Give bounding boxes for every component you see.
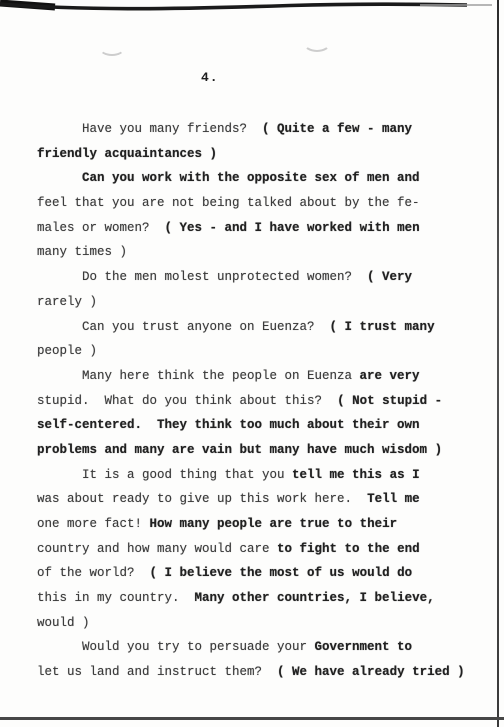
text-segment: feel that you are not being talked about… — [37, 196, 420, 210]
document-body: Have you many friends? ( Quite a few - m… — [37, 117, 487, 685]
text-segment: tell me this as I — [292, 468, 420, 482]
text-line: Can you work with the opposite sex of me… — [37, 166, 487, 191]
text-segment: of the world? — [37, 566, 150, 580]
text-segment: Tell me — [367, 492, 420, 506]
text-segment: It is a good thing that you — [82, 468, 292, 482]
text-line: was about ready to give up this work her… — [37, 487, 487, 512]
text-segment: Have you many friends? — [82, 122, 262, 136]
text-segment: country and how many would care — [37, 542, 277, 556]
text-segment: Can you trust anyone on Euenza? — [82, 320, 330, 334]
scan-top-edge — [0, 0, 504, 18]
text-segment: to fight to the end — [277, 542, 420, 556]
text-segment: How many people are true to their — [150, 517, 398, 531]
text-line: Can you trust anyone on Euenza? ( I trus… — [37, 315, 487, 340]
text-segment: many times ) — [37, 245, 127, 259]
text-line: of the world? ( I believe the most of us… — [37, 561, 487, 586]
text-line: friendly acquaintances ) — [37, 142, 487, 167]
smudge-mark — [99, 40, 125, 56]
text-segment: ( Very — [367, 270, 412, 284]
text-segment: let us land and instruct them? — [37, 665, 277, 679]
text-line: this in my country. Many other countries… — [37, 586, 487, 611]
text-segment: one more fact! — [37, 517, 150, 531]
text-segment: ( Yes - and I have worked with men — [165, 221, 420, 235]
text-segment: stupid. What do you think about this? — [37, 394, 337, 408]
text-line: Have you many friends? ( Quite a few - m… — [37, 117, 487, 142]
text-line: feel that you are not being talked about… — [37, 191, 487, 216]
text-segment: ( We have already tried ) — [277, 665, 465, 679]
text-line: self-centered. They think too much about… — [37, 413, 487, 438]
text-segment: Do the men molest unprotected women? — [82, 270, 367, 284]
text-line: many times ) — [37, 240, 487, 265]
text-line: Would you try to persuade your Governmen… — [37, 635, 487, 660]
text-segment: this in my country. — [37, 591, 195, 605]
text-segment: friendly acquaintances ) — [37, 147, 217, 161]
text-line: It is a good thing that you tell me this… — [37, 463, 487, 488]
text-segment: Would you try to persuade your — [82, 640, 315, 654]
page-number: 4. — [201, 70, 219, 85]
text-segment: would ) — [37, 616, 90, 630]
text-line: Many here think the people on Euenza are… — [37, 364, 487, 389]
text-segment: people ) — [37, 344, 97, 358]
scan-right-edge — [497, 0, 499, 727]
text-line: would ) — [37, 611, 487, 636]
text-segment: ( Not stupid - — [337, 394, 442, 408]
smudge-mark — [303, 33, 331, 52]
text-segment: Many here think the people on Euenza — [82, 369, 360, 383]
text-segment: self-centered. They think too much about… — [37, 418, 420, 432]
text-line: let us land and instruct them? ( We have… — [37, 660, 487, 685]
text-segment: rarely ) — [37, 295, 97, 309]
scan-bottom-edge — [0, 717, 504, 720]
text-line: one more fact! How many people are true … — [37, 512, 487, 537]
text-line: problems and many are vain but many have… — [37, 438, 487, 463]
text-segment: are very — [360, 369, 420, 383]
text-line: males or women? ( Yes - and I have worke… — [37, 216, 487, 241]
text-segment: was about ready to give up this work her… — [37, 492, 367, 506]
text-line: rarely ) — [37, 290, 487, 315]
text-segment: males or women? — [37, 221, 165, 235]
text-segment: ( I believe the most of us would do — [150, 566, 413, 580]
text-line: country and how many would care to fight… — [37, 537, 487, 562]
text-segment: Can you work with the opposite sex of me… — [82, 171, 420, 185]
text-segment: ( Quite a few - many — [262, 122, 412, 136]
text-segment: problems and many are vain but many have… — [37, 443, 442, 457]
document-page: 4. Have you many friends? ( Quite a few … — [0, 0, 504, 727]
text-line: stupid. What do you think about this? ( … — [37, 389, 487, 414]
text-segment: ( I trust many — [330, 320, 435, 334]
text-line: people ) — [37, 339, 487, 364]
text-segment: Government to — [315, 640, 413, 654]
text-segment: Many other countries, I believe, — [195, 591, 435, 605]
text-line: Do the men molest unprotected women? ( V… — [37, 265, 487, 290]
